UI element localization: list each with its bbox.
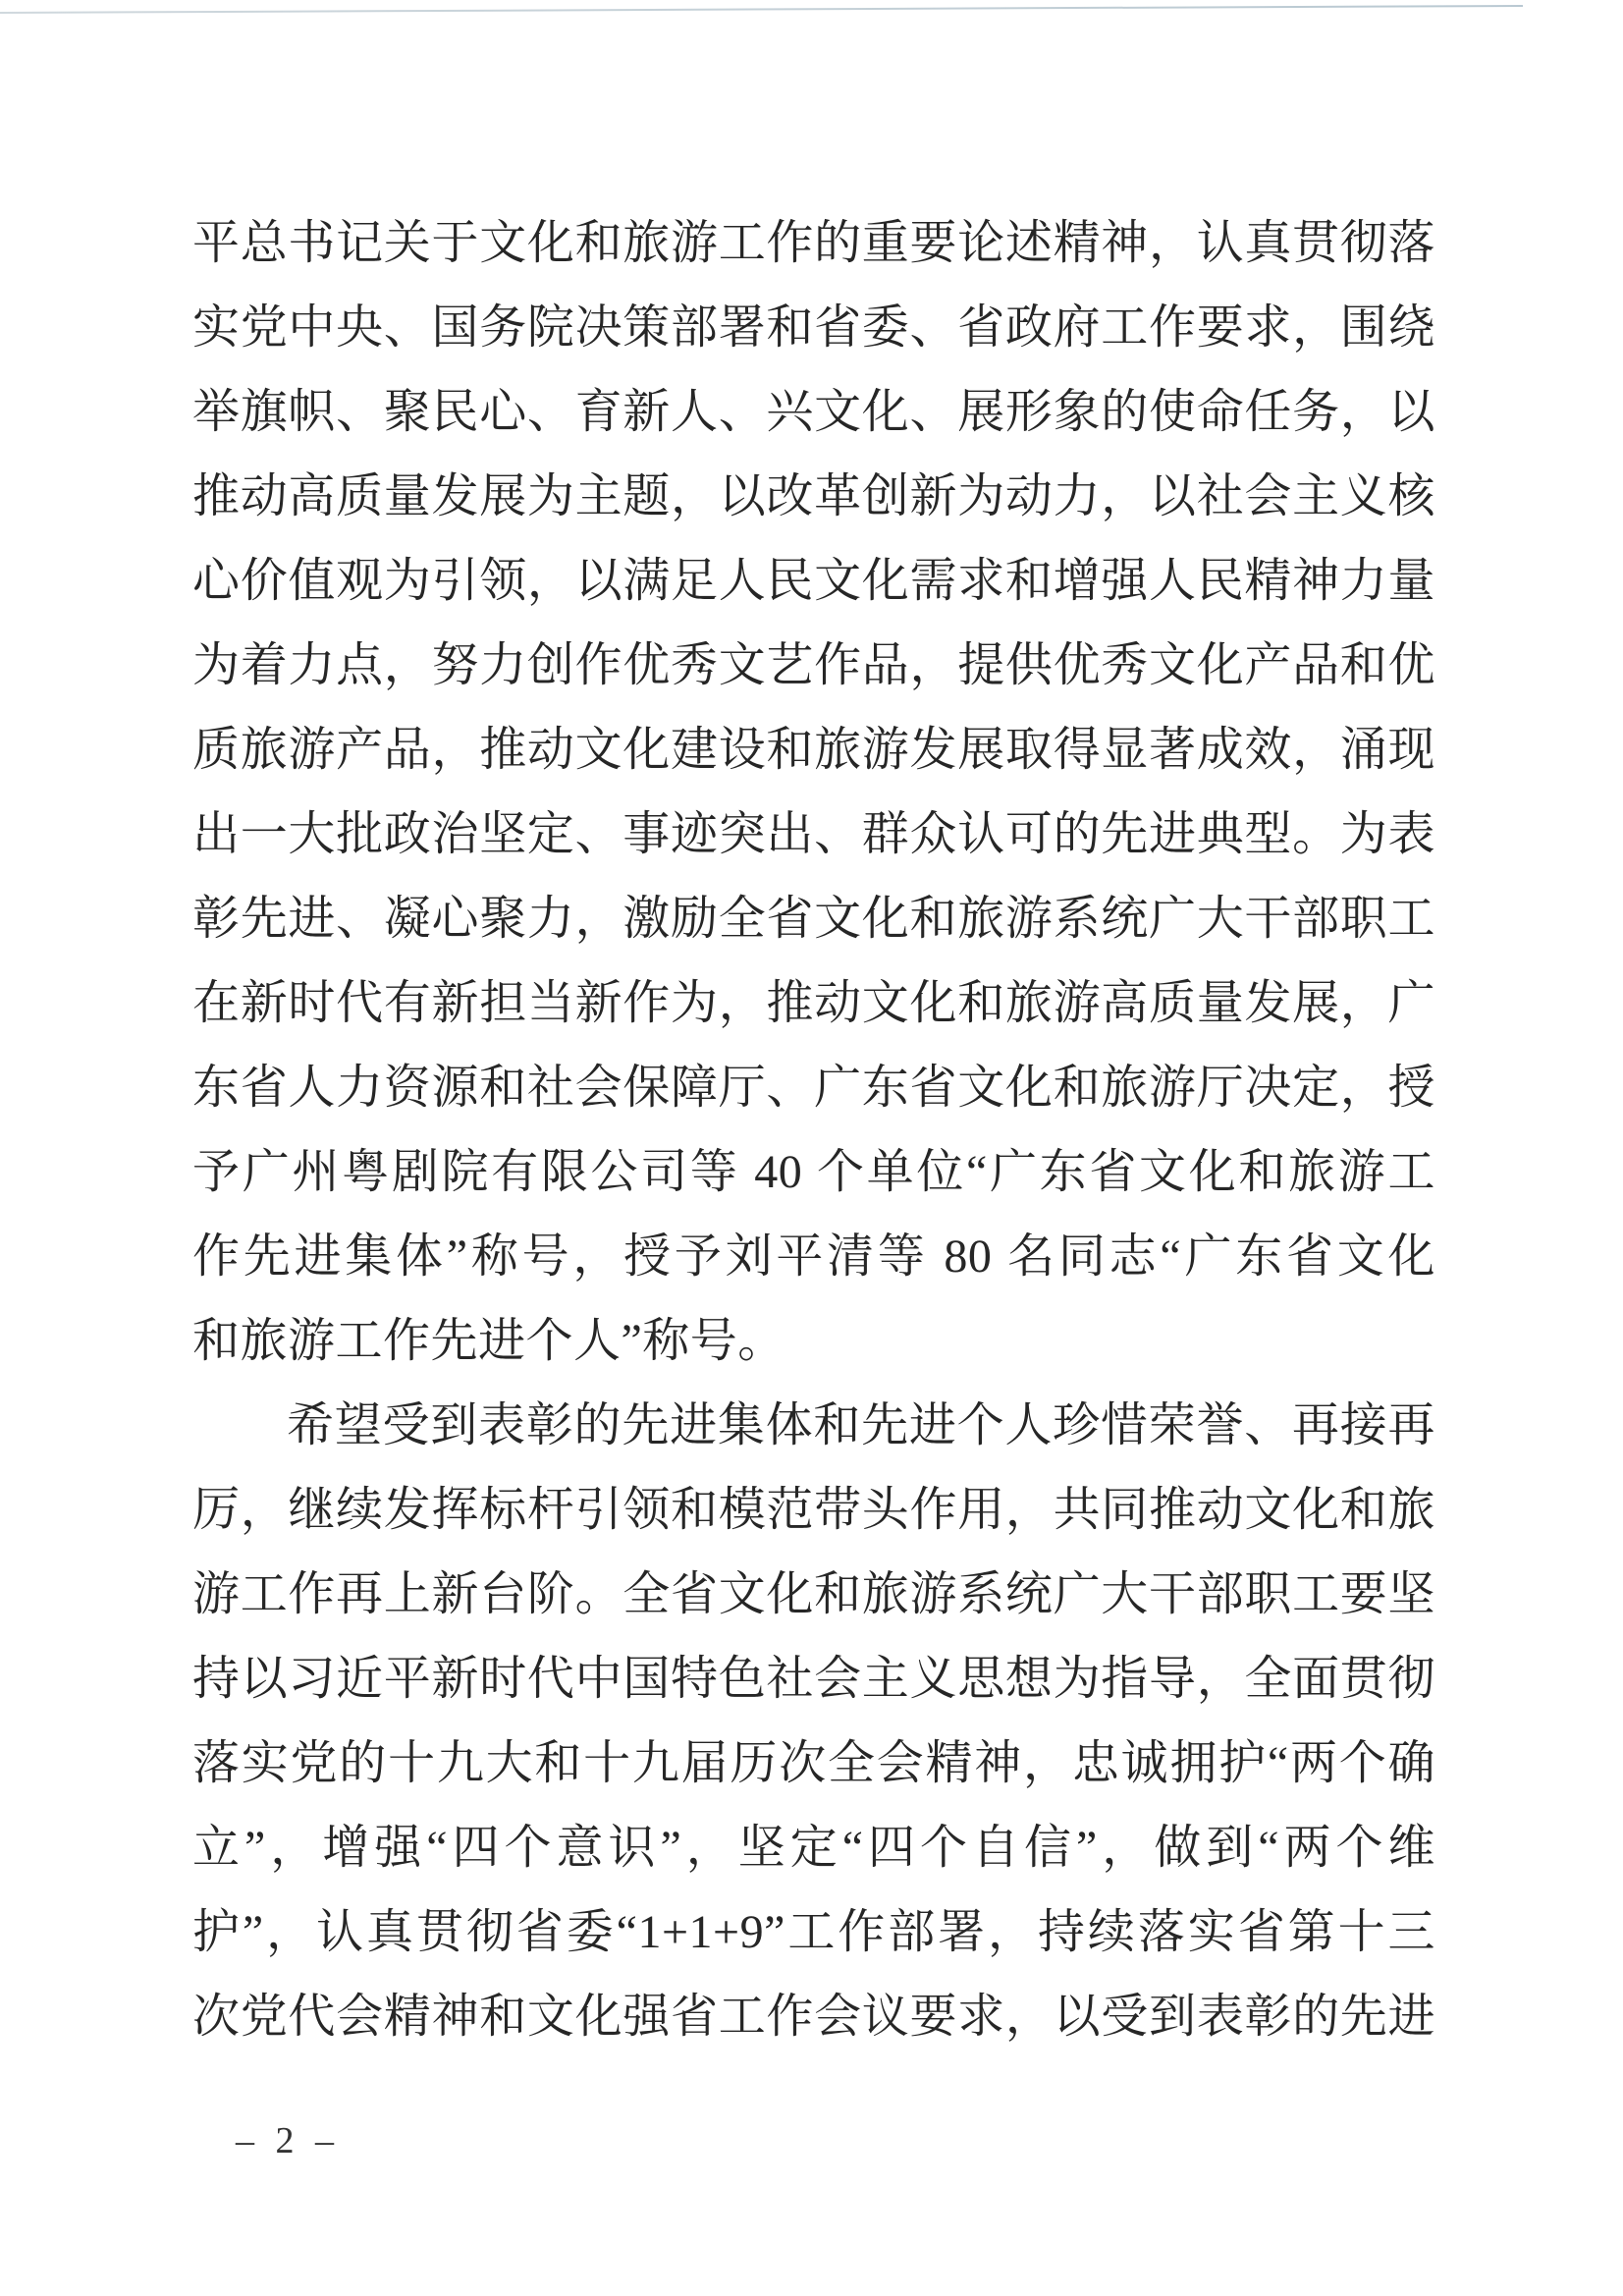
text-line: 心价值观为引领，以满足人民文化需求和增强人民精神力量	[192, 539, 1435, 624]
text-line: 厉，继续发挥标杆引领和模范带头作用，共同推动文化和旅	[192, 1468, 1435, 1553]
text-line: 举旗帜、聚民心、育新人、兴文化、展形象的使命任务，以	[192, 370, 1435, 455]
text-line: 作先进集体”称号，授予刘平清等 80 名同志“广东省文化	[192, 1215, 1435, 1299]
text-line: 游工作再上新台阶。全省文化和旅游系统广大干部职工要坚	[192, 1553, 1435, 1637]
text-line: 平总书记关于文化和旅游工作的重要论述精神，认真贯彻落	[192, 201, 1435, 286]
text-line: 持以习近平新时代中国特色社会主义思想为指导，全面贯彻	[192, 1637, 1435, 1722]
text-line-paragraph-end: 和旅游工作先进个人”称号。	[192, 1299, 1435, 1384]
text-line: 出一大批政治坚定、事迹突出、群众认可的先进典型。为表	[192, 793, 1435, 877]
text-line: 予广州粤剧院有限公司等 40 个单位“广东省文化和旅游工	[192, 1130, 1435, 1215]
text-line: 质旅游产品，推动文化建设和旅游发展取得显著成效，涌现	[192, 708, 1435, 793]
text-line: 推动高质量发展为主题，以改革创新为动力，以社会主义核	[192, 455, 1435, 539]
text-line: 落实党的十九大和十九届历次全会精神，忠诚拥护“两个确	[192, 1722, 1435, 1806]
text-line-paragraph-start: 希望受到表彰的先进集体和先进个人珍惜荣誉、再接再	[192, 1384, 1435, 1468]
text-line: 次党代会精神和文化强省工作会议要求，以受到表彰的先进	[192, 1975, 1435, 2059]
document-body: 平总书记关于文化和旅游工作的重要论述精神，认真贯彻落 实党中央、国务院决策部署和…	[192, 201, 1435, 2059]
text-line: 立”，增强“四个意识”，坚定“四个自信”，做到“两个维	[192, 1806, 1435, 1890]
text-line: 护”，认真贯彻省委“1+1+9”工作部署，持续落实省第十三	[192, 1890, 1435, 1975]
text-line: 彰先进、凝心聚力，激励全省文化和旅游系统广大干部职工	[192, 877, 1435, 961]
page-number: – 2 –	[236, 2119, 340, 2162]
scan-artifact-line	[0, 5, 1523, 14]
text-line: 实党中央、国务院决策部署和省委、省政府工作要求，围绕	[192, 286, 1435, 370]
text-line: 东省人力资源和社会保障厅、广东省文化和旅游厅决定，授	[192, 1046, 1435, 1130]
text-line: 为着力点，努力创作优秀文艺作品，提供优秀文化产品和优	[192, 624, 1435, 708]
text-line: 在新时代有新担当新作为，推动文化和旅游高质量发展，广	[192, 961, 1435, 1046]
